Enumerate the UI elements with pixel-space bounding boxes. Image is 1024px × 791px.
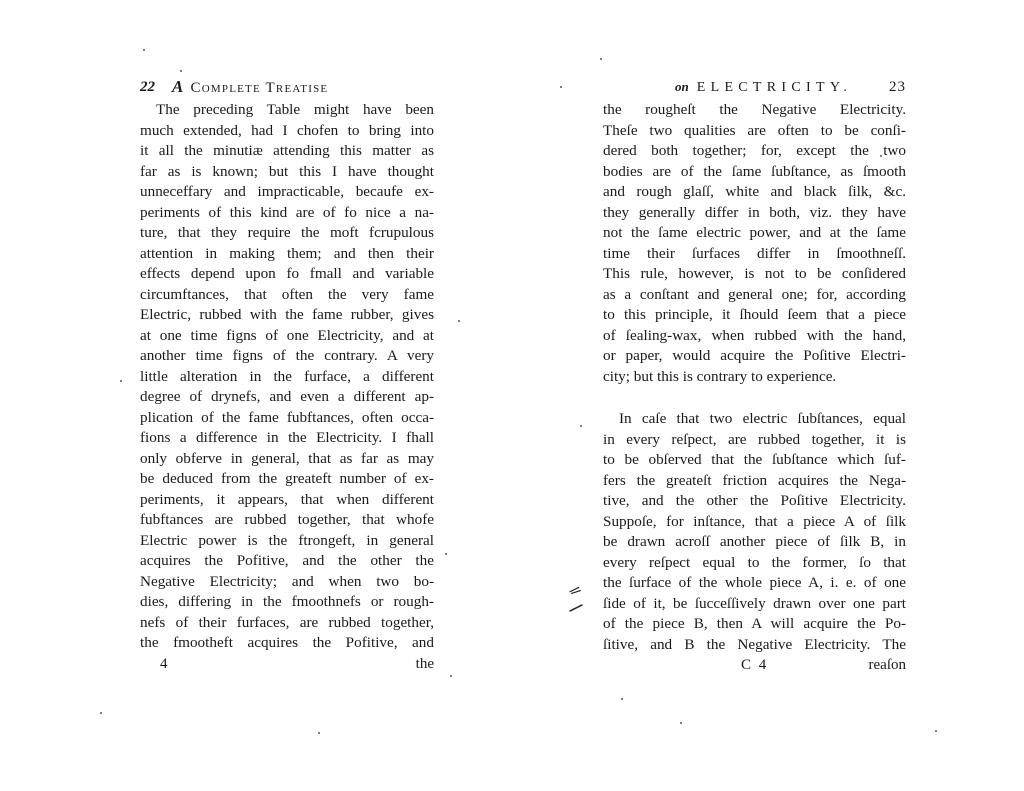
scan-speck	[445, 553, 447, 555]
text-line: another time figns of the contrary. A ve…	[140, 346, 434, 367]
scan-speck	[318, 732, 320, 734]
text-line: ture, that they require the moft fcrupul…	[140, 223, 434, 244]
text-line: time their ſurfaces differ in ſmoothneſſ…	[603, 244, 906, 265]
text-line: fubftances are rubbed together, that who…	[140, 510, 434, 531]
text-line: of the piece B, then A will acquire the …	[603, 614, 906, 635]
text-line: dies, differing in the fmoothnefs or rou…	[140, 592, 434, 613]
scan-speck	[143, 49, 145, 51]
page-number-22: 22	[140, 76, 155, 98]
scan-speck	[935, 730, 937, 732]
scan-speck	[600, 58, 602, 60]
text-line: be deduced from the greateft number of e…	[140, 469, 434, 490]
running-head-prefix: on	[675, 79, 689, 94]
text-line: The preceding Table might have been	[140, 100, 434, 121]
page-number-23: 23	[889, 76, 906, 98]
text-line: plication of the fame fubftances, often …	[140, 408, 434, 429]
text-line: Suppoſe, for inſtance, that a piece A of…	[603, 512, 906, 533]
book-spread: 22 AComplete Treatise The preceding Tabl…	[0, 0, 1024, 791]
text-line: circumftances, that often the very fame	[140, 285, 434, 306]
text-line: nefs of their furfaces, are rubbed toget…	[140, 613, 434, 634]
scan-speck	[560, 86, 562, 88]
scan-speck	[458, 320, 460, 322]
text-line: or paper, would acquire the Poſitive Ele…	[603, 346, 906, 367]
left-running-head: 22 AComplete Treatise	[140, 76, 434, 98]
text-line: Theſe two qualities are often to be conſ…	[603, 121, 906, 142]
text-line: tive, and the other the Poſitive Electri…	[603, 491, 906, 512]
text-line: little alteration in the furface, a diff…	[140, 367, 434, 388]
text-line: be drawn acroſſ another piece of ſilk B,…	[603, 532, 906, 553]
text-line: attention in making them; and then their	[140, 244, 434, 265]
right-page: onELECTRICITY. 23 the rougheſt the Negat…	[603, 76, 906, 675]
text-line: and rough glaſſ, white and black ſilk, &…	[603, 182, 906, 203]
text-line: effects depend upon fo fmall and variabl…	[140, 264, 434, 285]
text-line: far as is known; but this I have thought	[140, 162, 434, 183]
text-line: periments, it appears, that when differe…	[140, 490, 434, 511]
text-line: the rougheſt the Negative Electricity.	[603, 100, 906, 121]
scan-speck	[621, 698, 623, 700]
scan-speck	[100, 712, 102, 714]
right-body-paragraph-2: In caſe that two electric ſubſtances, eq…	[603, 409, 906, 655]
text-line: city; but this is contrary to experience…	[603, 367, 906, 388]
scan-speck	[880, 155, 882, 157]
text-line: bodies are of the ſame ſubſtance, as ſmo…	[603, 162, 906, 183]
running-head-text: ELECTRICITY.	[697, 80, 853, 95]
left-running-title: AComplete Treatise	[172, 76, 328, 99]
catchword: the	[416, 654, 434, 674]
text-line: fers the greateſt friction acquires the …	[603, 471, 906, 492]
text-line: much extended, had I chofen to bring int…	[140, 121, 434, 142]
text-line: ſitive, and B the Negative Electricity. …	[603, 635, 906, 656]
catchword: reaſon	[869, 655, 906, 675]
scan-speck	[120, 380, 122, 382]
text-line: periments of this kind are of fo nice a …	[140, 203, 434, 224]
signature-mark: 4	[160, 654, 168, 674]
text-line: fions a difference in the Electricity. I…	[140, 428, 434, 449]
scan-speck	[680, 722, 682, 724]
text-line: every reſpect equal to the former, ſo th…	[603, 553, 906, 574]
text-line: the ſurface of the whole piece A, i. e. …	[603, 573, 906, 594]
text-line: in every reſpect, are rubbed together, i…	[603, 430, 906, 451]
text-line: of ſealing-wax, when rubbed with the han…	[603, 326, 906, 347]
marginal-pen-mark-icon	[568, 580, 592, 620]
text-line: only obferve in general, that as far as …	[140, 449, 434, 470]
running-head-initial: A	[172, 77, 185, 96]
text-line: they generally differ in both, viz. they…	[603, 203, 906, 224]
scan-speck	[580, 425, 582, 427]
text-line: to this principle, it ſhould ſeem that a…	[603, 305, 906, 326]
scan-speck	[180, 70, 182, 72]
left-footer: 4 the	[140, 654, 434, 674]
text-line: as a conſtant and general one; for, acco…	[603, 285, 906, 306]
text-line: to be obſerved that the ſubſtance which …	[603, 450, 906, 471]
text-line: Electric, rubbed with the fame rubber, g…	[140, 305, 434, 326]
text-line: the fmootheft acquires the Pofitive, and	[140, 633, 434, 654]
signature-mark: C 4	[741, 655, 768, 675]
text-line: degree of drynefs, and even a different …	[140, 387, 434, 408]
text-line: at one time figns of one Electricity, an…	[140, 326, 434, 347]
text-line: unneceffary and impracticable, becaufe e…	[140, 182, 434, 203]
text-line: Electric power is the ftrongeft, in gene…	[140, 531, 434, 552]
text-line: dered both together; for, except the two	[603, 141, 906, 162]
right-footer: C 4 reaſon	[603, 655, 906, 675]
left-body-text: The preceding Table might have been much…	[140, 100, 434, 654]
right-running-title: onELECTRICITY.	[675, 76, 852, 99]
text-line: ſide of it, be ſucceſſively drawn over o…	[603, 594, 906, 615]
text-line: not the ſame electric power, and at the …	[603, 223, 906, 244]
scan-speck	[450, 675, 452, 677]
left-page: 22 AComplete Treatise The preceding Tabl…	[140, 76, 434, 674]
running-head-text: Complete Treatise	[191, 80, 329, 96]
paragraph-gap	[603, 387, 906, 407]
text-line: acquires the Pofitive, and the other the	[140, 551, 434, 572]
text-line: it all the minutiæ attending this matter…	[140, 141, 434, 162]
text-line: In caſe that two electric ſubſtances, eq…	[603, 409, 906, 430]
text-line: This rule, however, is not to be conſide…	[603, 264, 906, 285]
text-line: Negative Electricity; and when two bo-	[140, 572, 434, 593]
right-body-paragraph-1: the rougheſt the Negative Electricity. T…	[603, 100, 906, 387]
right-running-head: onELECTRICITY. 23	[603, 76, 906, 98]
